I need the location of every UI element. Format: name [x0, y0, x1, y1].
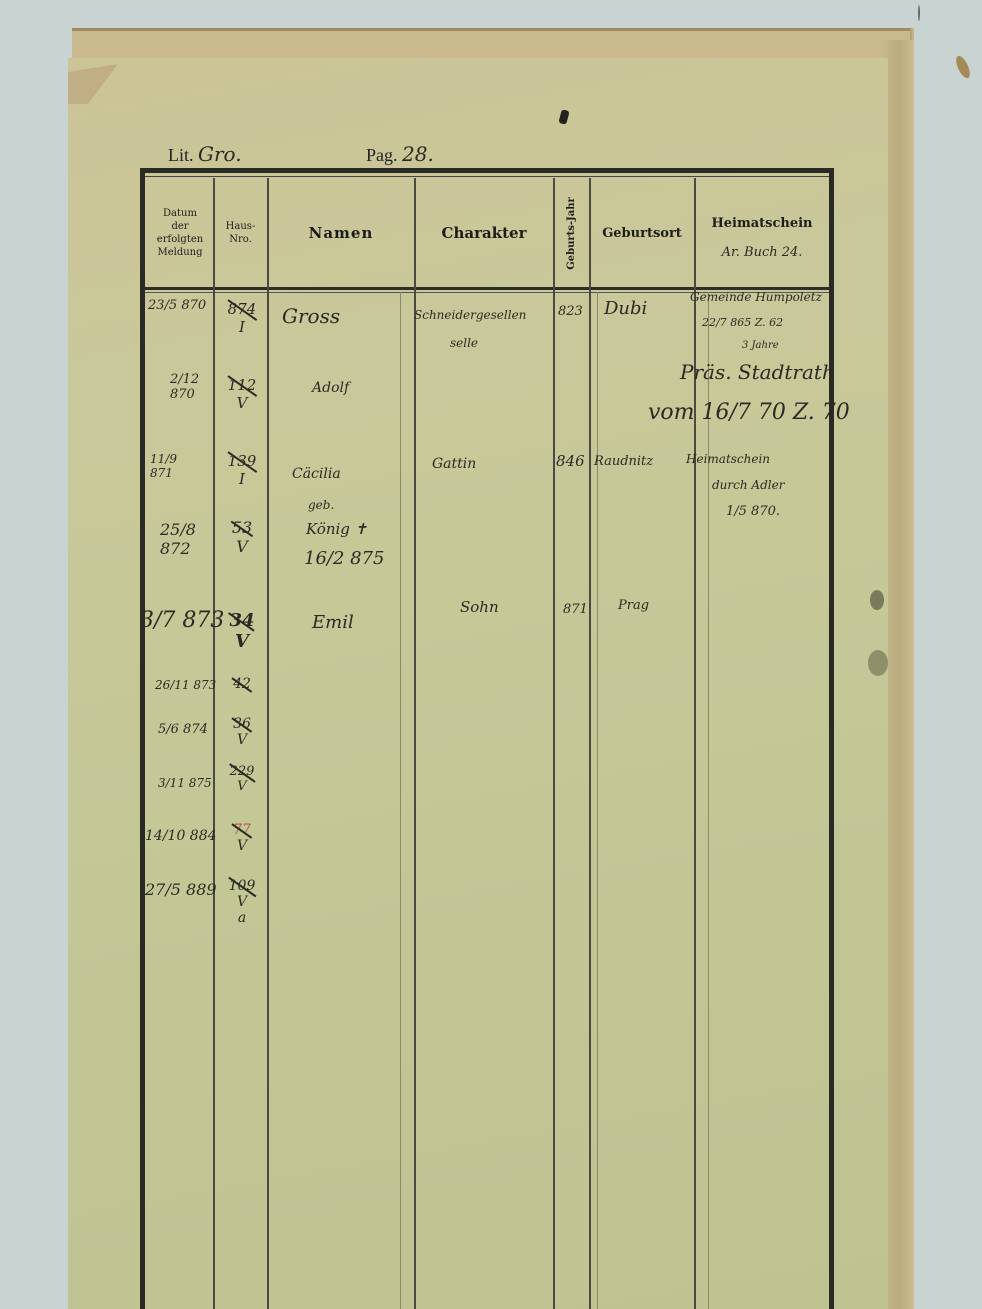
header-text: der [157, 220, 203, 233]
datum-entry: 2/12 870 [170, 372, 210, 402]
charakter-entry: Sohn [460, 598, 499, 616]
charakter-entry: Schneidergesellen [414, 308, 526, 322]
haus-district: V [237, 838, 247, 854]
faint-ruling [400, 292, 401, 1309]
col-header-haus: Haus- Nro. [214, 180, 267, 286]
haus-district: V [235, 631, 249, 652]
ink-stain [868, 650, 888, 676]
geburtsjahr-entry: 846 [556, 452, 585, 470]
haus-entry: 42 [222, 676, 262, 692]
haus-suffix: a [238, 910, 246, 926]
heimatschein-entry: 1/5 870. [726, 504, 780, 519]
column-divider [589, 178, 591, 1309]
haus-entry: 77 V [222, 822, 262, 854]
paper-fleck [918, 5, 920, 21]
haus-district: V [237, 894, 247, 910]
haus-district: V [236, 537, 248, 556]
haus-entry: 36 V [222, 716, 262, 748]
haus-number: 42 [233, 676, 251, 692]
datum-entry: 25/8 872 [160, 520, 200, 558]
name-entry: Adolf [312, 380, 349, 396]
header-text: Namen [309, 224, 374, 242]
haus-number: 34 [229, 610, 254, 631]
haus-district: V [237, 779, 246, 794]
name-entry: geb. [308, 498, 334, 512]
name-entry: Gross [282, 304, 340, 328]
column-divider [694, 178, 696, 1309]
header-text: Charakter [442, 224, 527, 242]
pag-label: Pag. [366, 145, 398, 165]
header-text: erfolgten [157, 233, 203, 246]
heimatschein-entry: Heimatschein [686, 452, 770, 466]
heimatschein-entry: vom 16/7 70 Z. 70 [648, 400, 850, 425]
haus-entry: 874 I [222, 300, 262, 336]
geburtsjahr-entry: 823 [558, 304, 583, 319]
haus-entry: 229 V [222, 764, 262, 794]
header-text: Geburtsort [602, 226, 682, 241]
charakter-entry: selle [450, 336, 478, 350]
haus-number: 77 [233, 822, 251, 838]
haus-district: I [239, 470, 245, 488]
datum-entry: 14/10 884 [145, 828, 217, 844]
geburtsjahr-entry: 871 [563, 602, 588, 617]
heimatschein-entry: durch Adler [712, 478, 784, 492]
header-text: Nro. [226, 233, 256, 246]
pag-header: Pag. 28. [366, 142, 434, 166]
heimatschein-entry: Gemeinde Humpoletz [690, 290, 822, 304]
datum-entry: 3/7 873 [140, 608, 224, 633]
column-divider [553, 178, 555, 1309]
haus-entry: 112 V [222, 376, 262, 412]
haus-entry: 53 V [222, 518, 262, 556]
column-divider [213, 178, 215, 1309]
paper-fleck [953, 54, 972, 80]
haus-number: 53 [232, 518, 252, 537]
column-divider [267, 178, 269, 1309]
col-header-namen: Namen [268, 180, 414, 286]
header-text: Geburts-Jahr [566, 197, 577, 270]
pag-value: 28. [402, 142, 434, 166]
col-header-datum: Datum der erfolgten Meldung [147, 180, 213, 286]
haus-number: 112 [228, 376, 257, 394]
col-header-geburtsort: Geburtsort [590, 180, 694, 286]
header-text: Haus- [226, 220, 256, 233]
haus-number: 109 [229, 878, 256, 894]
datum-entry: 11/9 871 [150, 452, 190, 480]
column-divider [414, 178, 416, 1309]
table-top-rule [145, 176, 829, 177]
haus-district: V [237, 732, 247, 748]
lit-label: Lit. [168, 145, 194, 165]
col-header-geburtsjahr: Geburts-Jahr [553, 180, 589, 286]
datum-entry: 3/11 875 [158, 776, 212, 790]
header-text: Meldung [157, 246, 203, 259]
lit-header: Lit. Gro. [168, 142, 242, 166]
geburtsort-entry: Raudnitz [594, 454, 653, 469]
header-text: Datum [157, 207, 203, 220]
faint-ruling [597, 292, 598, 1309]
heimatschein-entry: 3 Jahre [742, 340, 779, 351]
header-subnote: Ar. Buch 24. [711, 245, 812, 260]
ink-stain [870, 590, 884, 610]
name-entry: 16/2 875 [304, 548, 385, 569]
charakter-entry: Gattin [432, 456, 476, 472]
haus-number: 874 [228, 300, 257, 318]
geburtsort-entry: Prag [618, 598, 649, 613]
haus-entry: 34 V [222, 610, 262, 652]
haus-district: V [237, 394, 248, 412]
datum-entry: 5/6 874 [158, 722, 208, 737]
datum-entry: 23/5 870 [148, 298, 206, 313]
heimatschein-entry: 22/7 865 Z. 62 [702, 316, 783, 329]
haus-number: 139 [228, 452, 257, 470]
haus-number: 36 [233, 716, 251, 732]
header-text: Heimatschein [711, 216, 812, 231]
datum-entry: 27/5 889 [145, 880, 217, 899]
datum-entry: 26/11 873 [155, 678, 216, 692]
heimatschein-entry: Präs. Stadtrath [680, 360, 835, 384]
geburtsort-entry: Dubi [604, 298, 647, 319]
lit-value: Gro. [198, 142, 242, 166]
haus-entry: 139 I [222, 452, 262, 488]
name-entry: Emil [312, 612, 354, 633]
haus-district: I [239, 318, 245, 336]
name-entry: König ✝ [306, 520, 367, 538]
col-header-charakter: Charakter [415, 180, 553, 286]
haus-entry: 109 V a [222, 878, 262, 926]
faint-ruling [708, 292, 709, 1309]
haus-number: 229 [230, 764, 255, 779]
name-entry: Cäcilia [292, 466, 341, 482]
col-header-heimatschein: Heimatschein Ar. Buch 24. [695, 180, 829, 286]
